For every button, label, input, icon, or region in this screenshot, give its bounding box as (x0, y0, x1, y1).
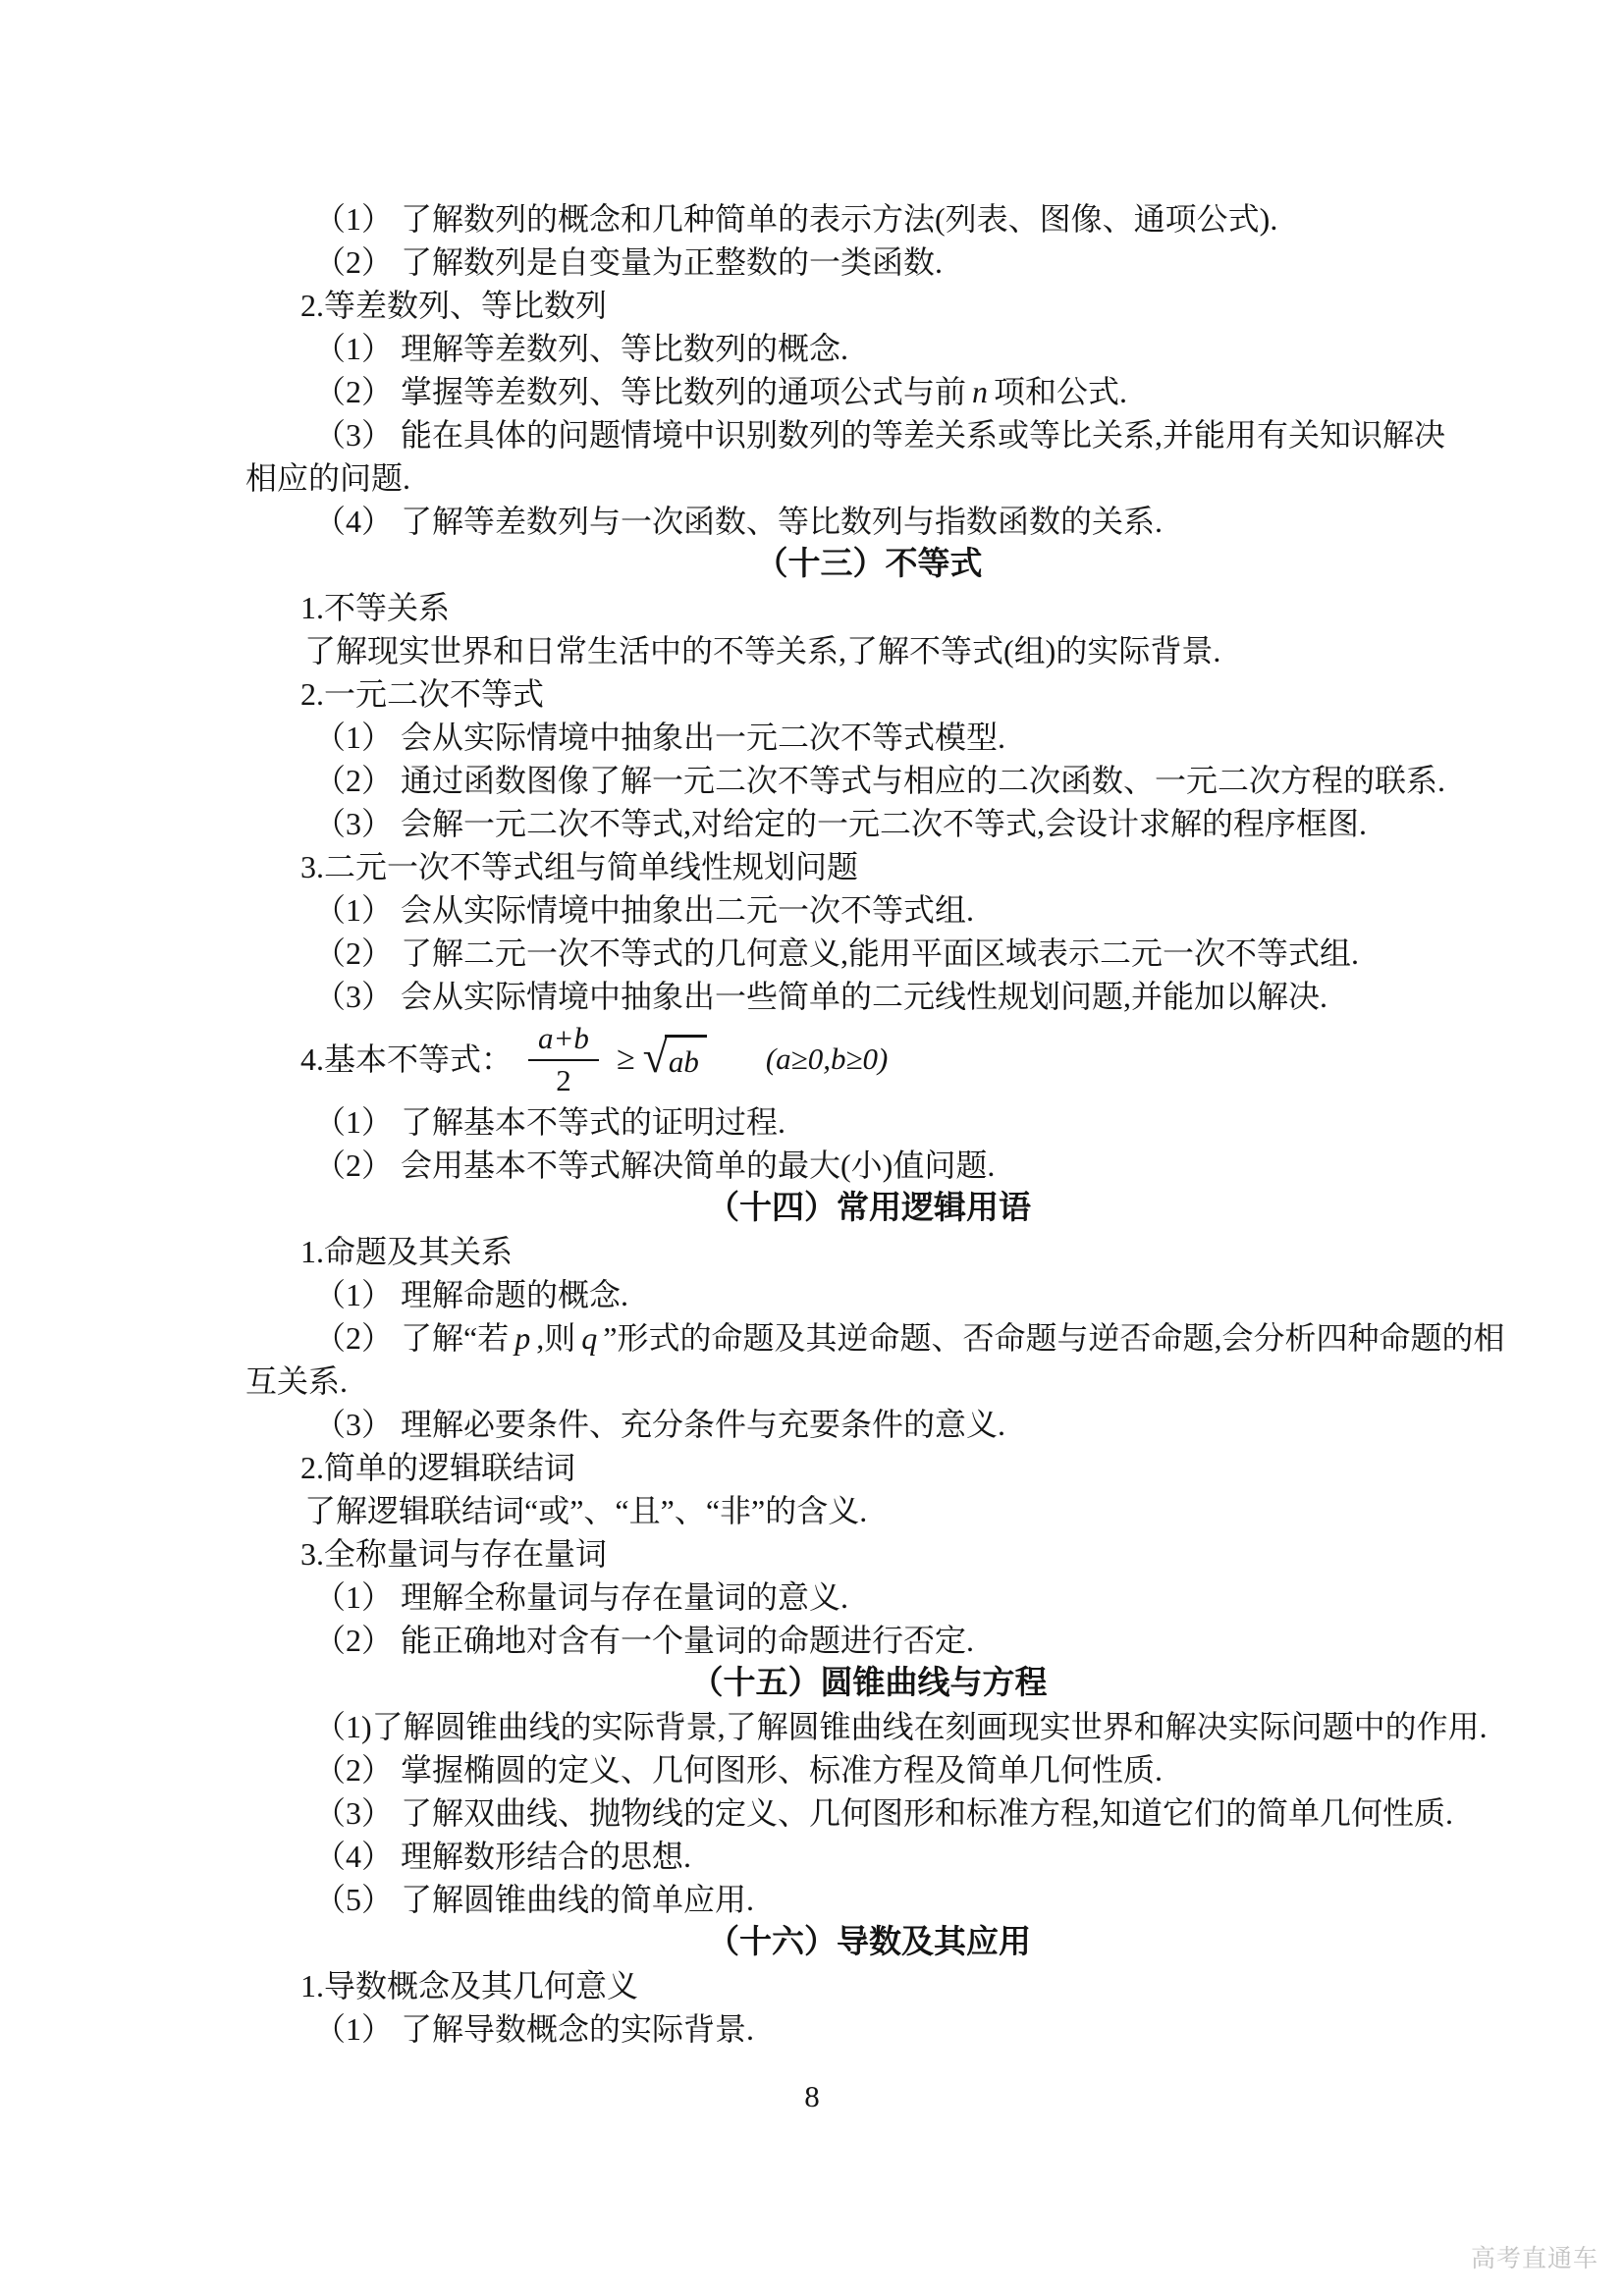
text-line: 1.导数概念及其几何意义 (245, 1964, 1492, 2007)
text-run: 1.不等关系 (300, 590, 450, 625)
text-line: （2） 能正确地对含有一个量词的命题进行否定. (245, 1619, 1492, 1662)
text-run: （1） 了解导数概念的实际背景. (314, 2011, 754, 2047)
text-line: （1） 理解全称量词与存在量词的意义. (245, 1575, 1492, 1619)
text-run: （3） 了解双曲线、抛物线的定义、几何图形和标准方程,知道它们的简单几何性质. (314, 1795, 1453, 1831)
text-run: 互关系. (245, 1363, 348, 1399)
text-run: （十四）常用逻辑用语 (707, 1191, 1031, 1226)
text-line: （2） 了解数列是自变量为正整数的一类函数. (245, 240, 1492, 284)
formula-label: 4.基本不等式： (300, 1038, 513, 1081)
text-run: （1） 会从实际情境中抽象出一元二次不等式模型. (314, 720, 1005, 755)
basic-inequality-formula: 4.基本不等式：a+b2≥√ab(a≥0,b≥0) (245, 1018, 1492, 1100)
text-run: （十三）不等式 (756, 547, 983, 582)
text-run: （2） 了解二元一次不等式的几何意义,能用平面区域表示二元一次不等式组. (314, 935, 1359, 971)
text-line: （3） 会从实际情境中抽象出一些简单的二元线性规划问题,并能加以解决. (245, 975, 1492, 1018)
text-run: （2） 会用基本不等式解决简单的最大(小)值问题. (314, 1148, 995, 1183)
text-run: （十五）圆锥曲线与方程 (691, 1666, 1048, 1701)
text-run: （1） 了解数列的概念和几种简单的表示方法(列表、图像、通项公式). (314, 201, 1277, 237)
text-line: （4） 理解数形结合的思想. (245, 1835, 1492, 1878)
text-run: （2） 掌握等差数列、等比数列的通项公式与前 (314, 374, 966, 409)
text-run: 1.导数概念及其几何意义 (300, 1968, 638, 2003)
section-heading: （十三）不等式 (245, 543, 1492, 586)
text-line: 2.一元二次不等式 (245, 672, 1492, 716)
text-line: （3） 能在具体的问题情境中识别数列的等差关系或等比关系,并能用有关知识解决 (245, 413, 1492, 456)
text-run: ”形式的命题及其逆命题、否命题与逆否命题,会分析四种命题的相 (603, 1320, 1504, 1356)
fraction-numerator: a+b (528, 1021, 599, 1061)
text-run: （1） 理解全称量词与存在量词的意义. (314, 1579, 848, 1615)
text-run: 3.二元一次不等式组与简单线性规划问题 (300, 849, 858, 884)
text-line: （1） 理解等差数列、等比数列的概念. (245, 327, 1492, 370)
text-line: （2） 通过函数图像了解一元二次不等式与相应的二次函数、一元二次方程的联系. (245, 759, 1492, 802)
text-run: （1)了解圆锥曲线的实际背景,了解圆锥曲线在刻画现实世界和解决实际问题中的作用. (314, 1709, 1488, 1744)
section-heading: （十六）导数及其应用 (245, 1921, 1492, 1964)
fraction: a+b2 (528, 1021, 599, 1097)
text-line: （3） 理解必要条件、充分条件与充要条件的意义. (245, 1403, 1492, 1446)
text-run: （3） 能在具体的问题情境中识别数列的等差关系或等比关系,并能用有关知识解决 (314, 417, 1445, 453)
text-run: 2.简单的逻辑联结词 (300, 1450, 575, 1485)
section-heading: （十四）常用逻辑用语 (245, 1187, 1492, 1230)
text-line: （1） 了解导数概念的实际背景. (245, 2007, 1492, 2051)
text-run: 相应的问题. (245, 460, 410, 496)
text-run: （2） 了解“若 (314, 1320, 509, 1356)
text-run: （4） 了解等差数列与一次函数、等比数列与指数函数的关系. (314, 504, 1163, 539)
text-run: （3） 会解一元二次不等式,对给定的一元二次不等式,会设计求解的程序框图. (314, 806, 1367, 841)
text-run: （1） 理解命题的概念. (314, 1277, 628, 1312)
text-run: 2.一元二次不等式 (300, 676, 544, 712)
text-run: 了解现实世界和日常生活中的不等关系,了解不等式(组)的实际背景. (304, 633, 1220, 668)
text-run: 3.全称量词与存在量词 (300, 1536, 607, 1572)
text-run: （1） 了解基本不等式的证明过程. (314, 1104, 785, 1140)
text-line: （5） 了解圆锥曲线的简单应用. (245, 1878, 1492, 1921)
text-run: ,则 (536, 1320, 575, 1356)
text-line: （1） 会从实际情境中抽象出二元一次不等式组. (245, 888, 1492, 932)
text-run: 项和公式. (994, 374, 1127, 409)
document-body: （1） 了解数列的概念和几种简单的表示方法(列表、图像、通项公式).（2） 了解… (245, 197, 1492, 2051)
math-variable: q (575, 1320, 603, 1356)
text-line: 2.简单的逻辑联结词 (245, 1446, 1492, 1489)
text-line: （1） 了解数列的概念和几种简单的表示方法(列表、图像、通项公式). (245, 197, 1492, 240)
text-run: （十六）导数及其应用 (707, 1925, 1031, 1960)
text-line: 3.二元一次不等式组与简单线性规划问题 (245, 845, 1492, 888)
watermark: 高考直通车 (1471, 2239, 1598, 2274)
text-line: 2.等差数列、等比数列 (245, 284, 1492, 327)
text-run: （2） 掌握椭圆的定义、几何图形、标准方程及简单几何性质. (314, 1752, 1163, 1788)
text-run: 2.等差数列、等比数列 (300, 288, 607, 323)
text-run: 了解逻辑联结词“或”、“且”、“非”的含义. (304, 1493, 867, 1528)
text-run: 1.命题及其关系 (300, 1234, 513, 1269)
text-line: （2） 了解二元一次不等式的几何意义,能用平面区域表示二元一次不等式组. (245, 932, 1492, 975)
text-run: （2） 能正确地对含有一个量词的命题进行否定. (314, 1623, 974, 1658)
text-line: （3） 会解一元二次不等式,对给定的一元二次不等式,会设计求解的程序框图. (245, 802, 1492, 845)
text-run: （1） 理解等差数列、等比数列的概念. (314, 331, 848, 366)
text-line: （2） 会用基本不等式解决简单的最大(小)值问题. (245, 1144, 1492, 1187)
text-line: 3.全称量词与存在量词 (245, 1532, 1492, 1575)
fraction-denominator: 2 (556, 1061, 571, 1098)
radicand: ab (665, 1035, 707, 1084)
text-line: 了解逻辑联结词“或”、“且”、“非”的含义. (245, 1489, 1492, 1532)
text-run: （3） 理解必要条件、充分条件与充要条件的意义. (314, 1407, 1005, 1442)
text-line: （2） 掌握椭圆的定义、几何图形、标准方程及简单几何性质. (245, 1748, 1492, 1791)
square-root: √ab (643, 1035, 707, 1084)
math-variable: p (509, 1320, 536, 1356)
text-line: （4） 了解等差数列与一次函数、等比数列与指数函数的关系. (245, 500, 1492, 543)
text-line: （3） 了解双曲线、抛物线的定义、几何图形和标准方程,知道它们的简单几何性质. (245, 1791, 1492, 1835)
text-line: 互关系. (245, 1360, 1492, 1403)
text-line: 1.不等关系 (245, 586, 1492, 629)
greater-equal-sign: ≥ (617, 1038, 635, 1081)
text-run: （2） 了解数列是自变量为正整数的一类函数. (314, 244, 943, 280)
text-line: （1） 会从实际情境中抽象出一元二次不等式模型. (245, 716, 1492, 759)
text-run: （2） 通过函数图像了解一元二次不等式与相应的二次函数、一元二次方程的联系. (314, 763, 1445, 798)
document-page: （1） 了解数列的概念和几种简单的表示方法(列表、图像、通项公式).（2） 了解… (0, 0, 1624, 2296)
text-line: （2） 掌握等差数列、等比数列的通项公式与前n项和公式. (245, 370, 1492, 413)
text-line: （1） 了解基本不等式的证明过程. (245, 1100, 1492, 1144)
page-number: 8 (0, 2079, 1624, 2114)
text-run: （1） 会从实际情境中抽象出二元一次不等式组. (314, 892, 974, 928)
text-run: （3） 会从实际情境中抽象出一些简单的二元线性规划问题,并能加以解决. (314, 979, 1327, 1014)
text-line: （1） 理解命题的概念. (245, 1273, 1492, 1316)
section-heading: （十五）圆锥曲线与方程 (245, 1662, 1492, 1705)
text-line: （2） 了解“若p,则q”形式的命题及其逆命题、否命题与逆否命题,会分析四种命题… (245, 1316, 1492, 1360)
text-run: （4） 理解数形结合的思想. (314, 1839, 691, 1874)
text-line: 相应的问题. (245, 456, 1492, 500)
text-line: 了解现实世界和日常生活中的不等关系,了解不等式(组)的实际背景. (245, 629, 1492, 672)
text-line: （1)了解圆锥曲线的实际背景,了解圆锥曲线在刻画现实世界和解决实际问题中的作用. (245, 1705, 1492, 1748)
math-variable: n (966, 374, 994, 409)
text-line: 1.命题及其关系 (245, 1230, 1492, 1273)
text-run: （5） 了解圆锥曲线的简单应用. (314, 1882, 754, 1917)
formula-condition: (a≥0,b≥0) (766, 1038, 888, 1081)
